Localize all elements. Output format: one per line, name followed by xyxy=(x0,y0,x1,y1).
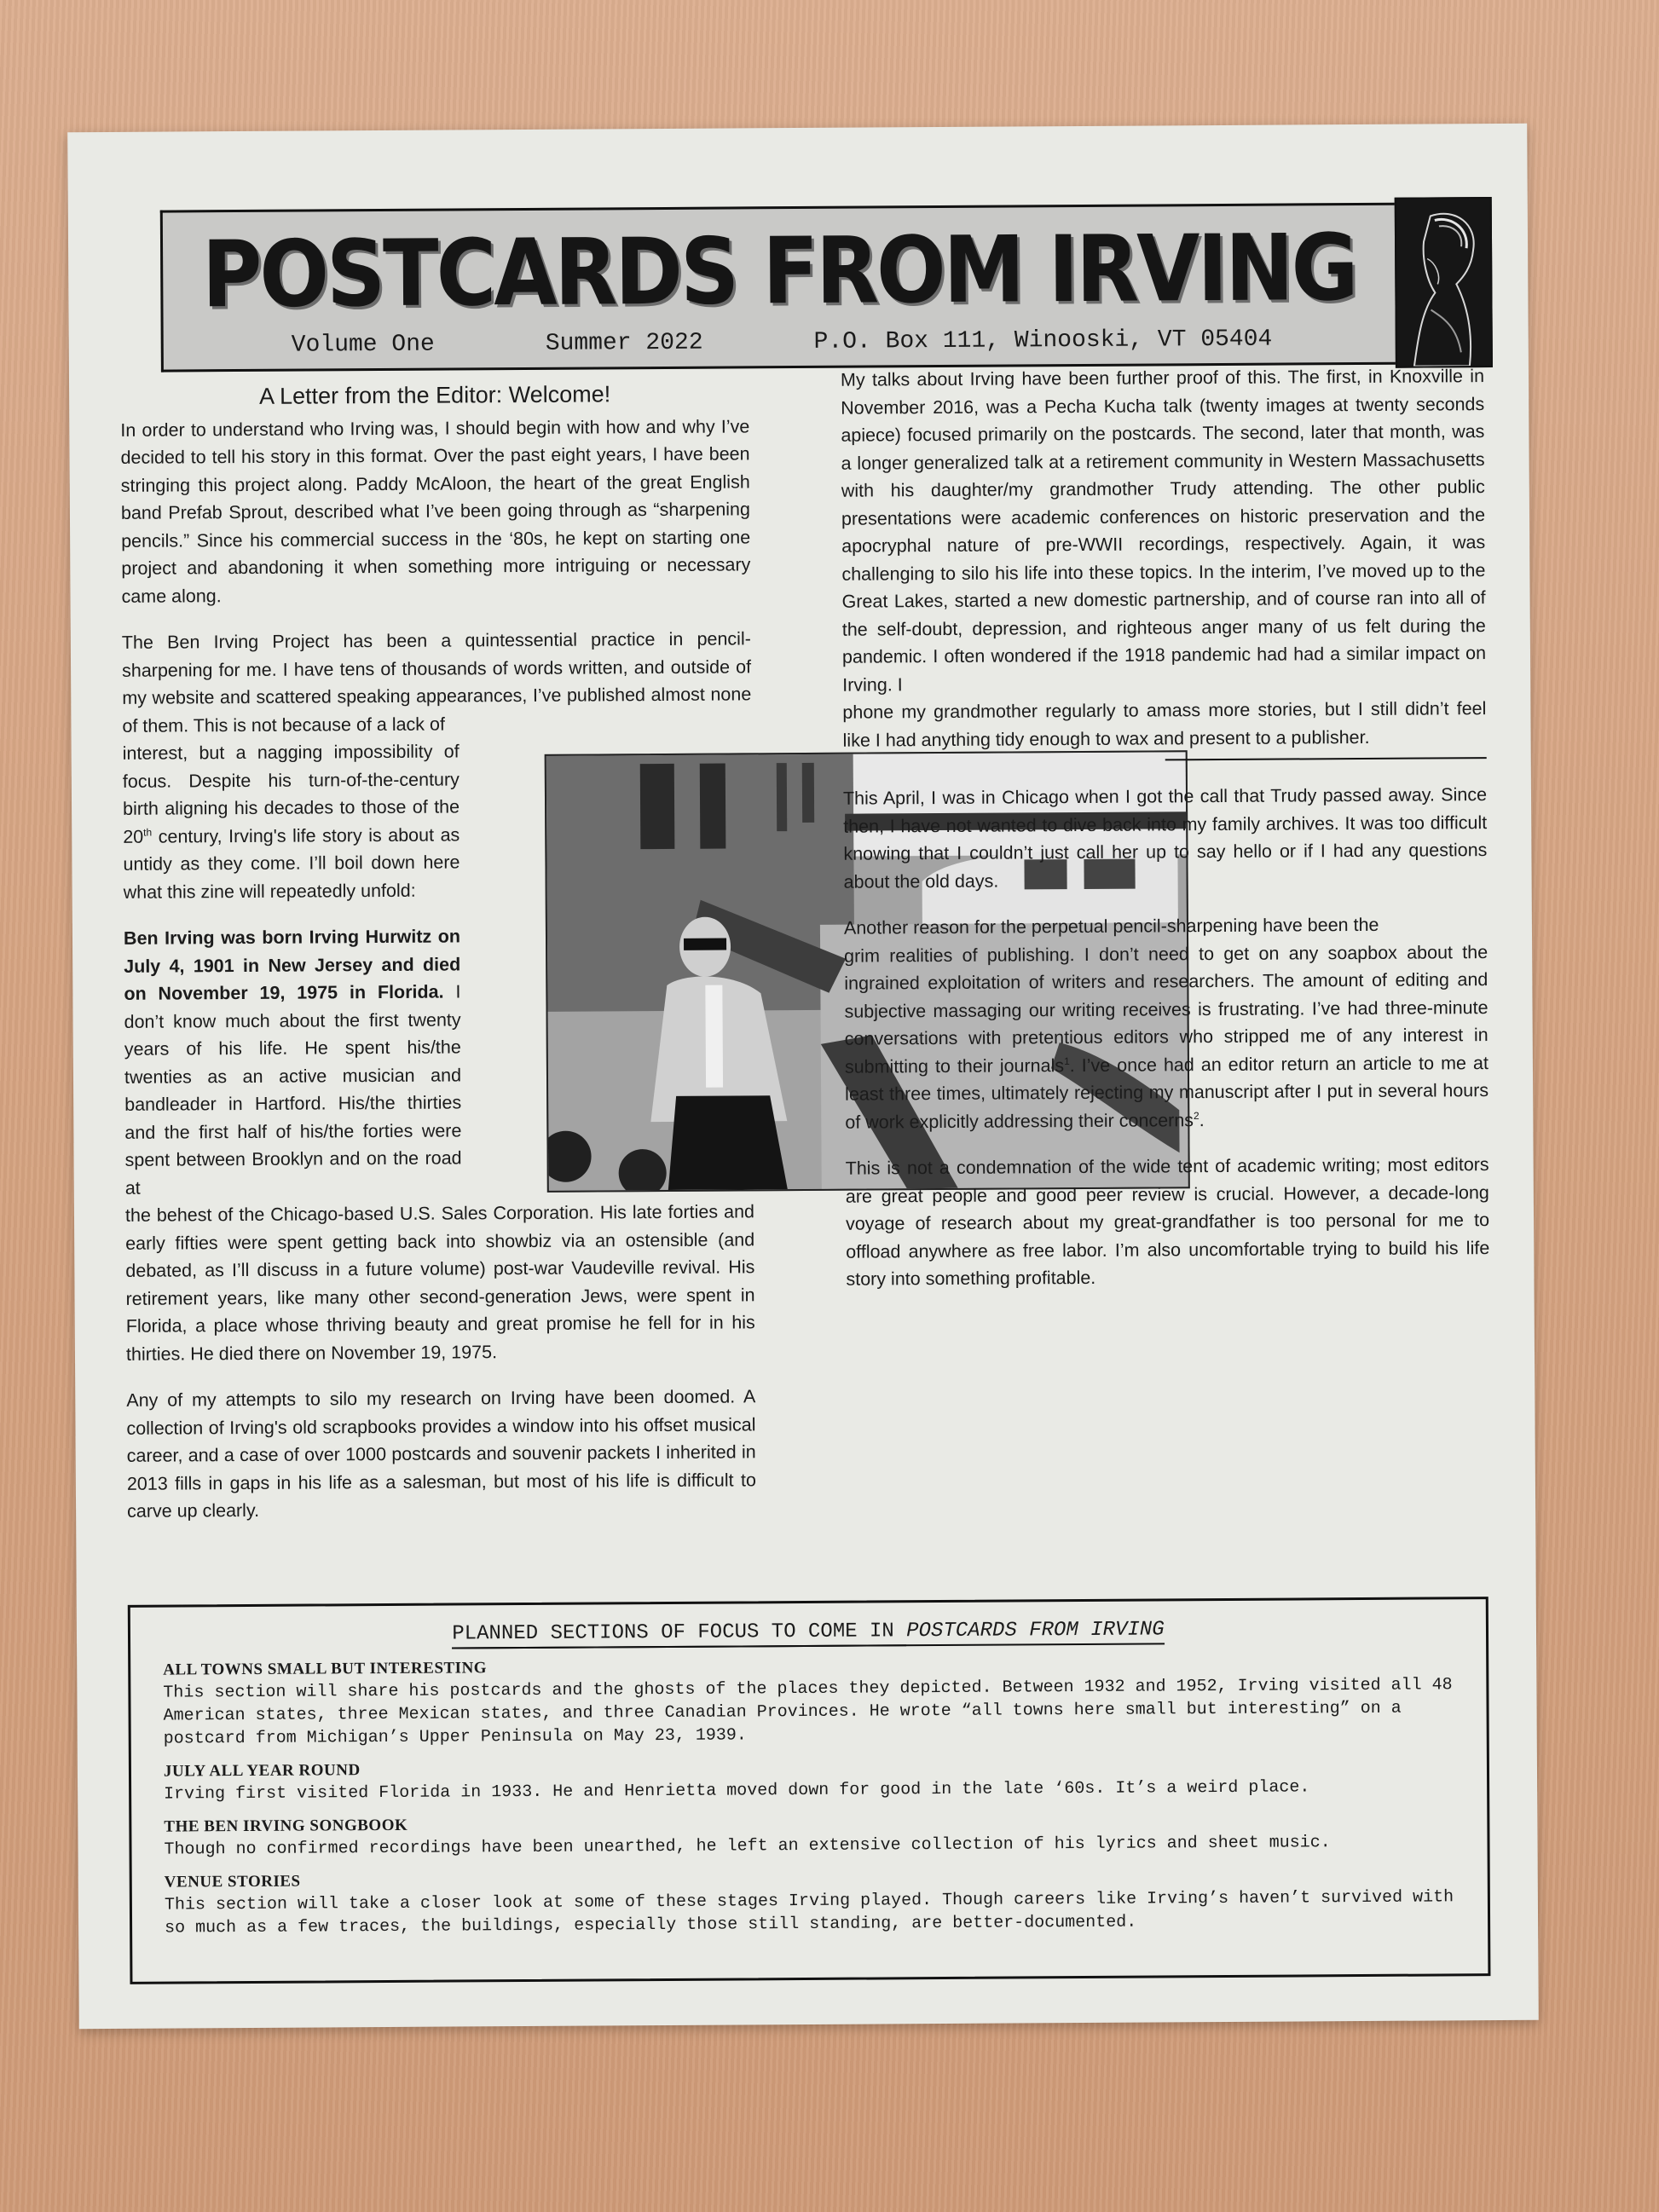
planned-sections-box: PLANNED SECTIONS OF FOCUS TO COME IN POS… xyxy=(128,1597,1491,1984)
right-paragraph-3-full: grim realities of publishing. I don’t ne… xyxy=(844,939,1488,1136)
right-paragraph-1-full: My talks about Irving have been further … xyxy=(841,362,1486,699)
bold-bio-statement: Ben Irving was born Irving Hurwitz on Ju… xyxy=(124,926,460,1003)
superscript: th xyxy=(143,826,152,838)
letter-paragraph-3-narrow: Ben Irving was born Irving Hurwitz on Ju… xyxy=(124,922,462,1201)
section-divider xyxy=(1165,757,1487,760)
season-label: Summer 2022 xyxy=(546,330,703,357)
masthead-banner: POSTCARDS FROM IRVING Volume One Summer … xyxy=(160,203,1396,373)
mailing-address: P.O. Box 111, Winooski, VT 05404 xyxy=(814,326,1273,355)
newsletter-title: POSTCARDS FROM IRVING xyxy=(175,215,1384,327)
right-paragraph-3-narrow: Another reason for the perpetual pencil-… xyxy=(844,910,1488,942)
newsletter-page: POSTCARDS FROM IRVING Volume One Summer … xyxy=(67,124,1539,2029)
volume-label: Volume One xyxy=(292,332,435,359)
masthead: POSTCARDS FROM IRVING Volume One Summer … xyxy=(160,202,1493,373)
section-body: This section will share his postcards an… xyxy=(163,1673,1454,1750)
portrait-engraving-icon xyxy=(1396,199,1491,367)
portrait-image xyxy=(1395,197,1493,368)
planned-title-italic: POSTCARDS FROM IRVING xyxy=(906,1618,1165,1643)
letter-paragraph-3-full: the behest of the Chicago-based U.S. Sal… xyxy=(125,1198,755,1368)
planned-sections-title: PLANNED SECTIONS OF FOCUS TO COME IN POS… xyxy=(163,1616,1454,1647)
masthead-subline: Volume One Summer 2022 P.O. Box 111, Win… xyxy=(292,326,1273,359)
text-run: century, Irving's life story is about as… xyxy=(123,824,460,902)
right-paragraph-2: This April, I was in Chicago when I got … xyxy=(843,781,1488,896)
letter-paragraph-2-full: The Ben Irving Project has been a quinte… xyxy=(122,625,752,740)
letter-paragraph-1: In order to understand who Irving was, I… xyxy=(120,413,750,610)
right-paragraph-4: This is not a condemnation of the wide t… xyxy=(846,1151,1490,1293)
planned-title-prefix: PLANNED SECTIONS OF FOCUS TO COME IN xyxy=(452,1620,906,1649)
right-column: My talks about Irving have been further … xyxy=(841,362,1490,1312)
letter-paragraph-4: Any of my attempts to silo my research o… xyxy=(126,1383,756,1525)
right-paragraph-1-narrow: phone my grandmother regularly to amass … xyxy=(842,695,1486,754)
text-run: I don’t know much about the first twenty… xyxy=(124,981,462,1198)
text-run: . xyxy=(1199,1110,1205,1130)
letter-paragraph-2-narrow: interest, but a nagging impossibility of… xyxy=(123,737,460,905)
section-body: This section will take a closer look at … xyxy=(165,1886,1455,1939)
editor-letter-title: A Letter from the Editor: Welcome! xyxy=(120,379,749,411)
planned-title-underlined: PLANNED SECTIONS OF FOCUS TO COME IN POS… xyxy=(452,1618,1165,1649)
